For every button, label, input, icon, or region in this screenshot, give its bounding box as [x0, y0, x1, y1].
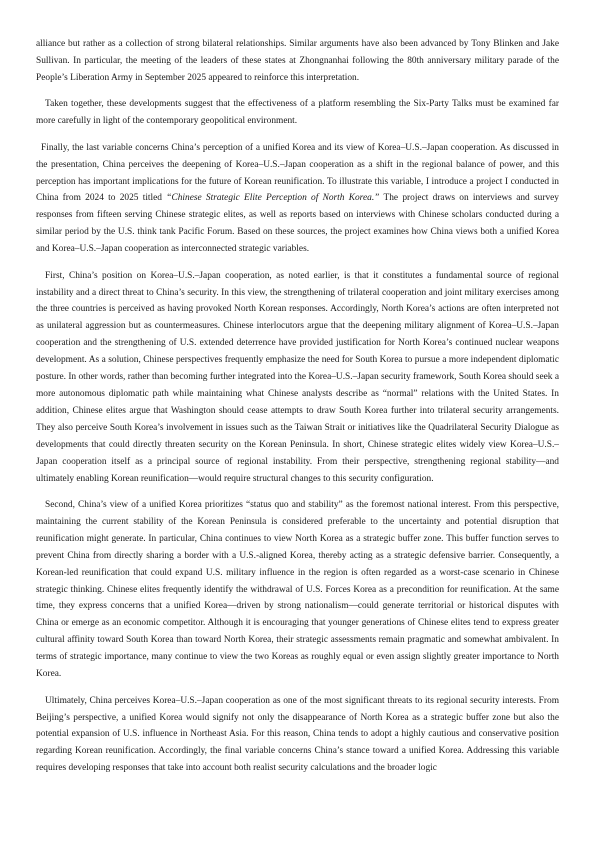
paragraph-six-party-talks: Taken together, these developments sugge…: [36, 96, 559, 130]
document-page: alliance but rather as a collection of s…: [36, 36, 559, 777]
paragraph-first-position: First, China’s position on Korea–U.S.–Ja…: [36, 268, 559, 488]
paragraph-bilateral-relationships: alliance but rather as a collection of s…: [36, 36, 559, 87]
project-title-italic: “Chinese Strategic Elite Perception of N…: [166, 193, 379, 203]
paragraph-ultimately: Ultimately, China perceives Korea–U.S.–J…: [36, 693, 559, 778]
paragraph-unified-korea-variable: Finally, the last variable concerns Chin…: [36, 140, 559, 258]
paragraph-second-view: Second, China’s view of a unified Korea …: [36, 497, 559, 683]
